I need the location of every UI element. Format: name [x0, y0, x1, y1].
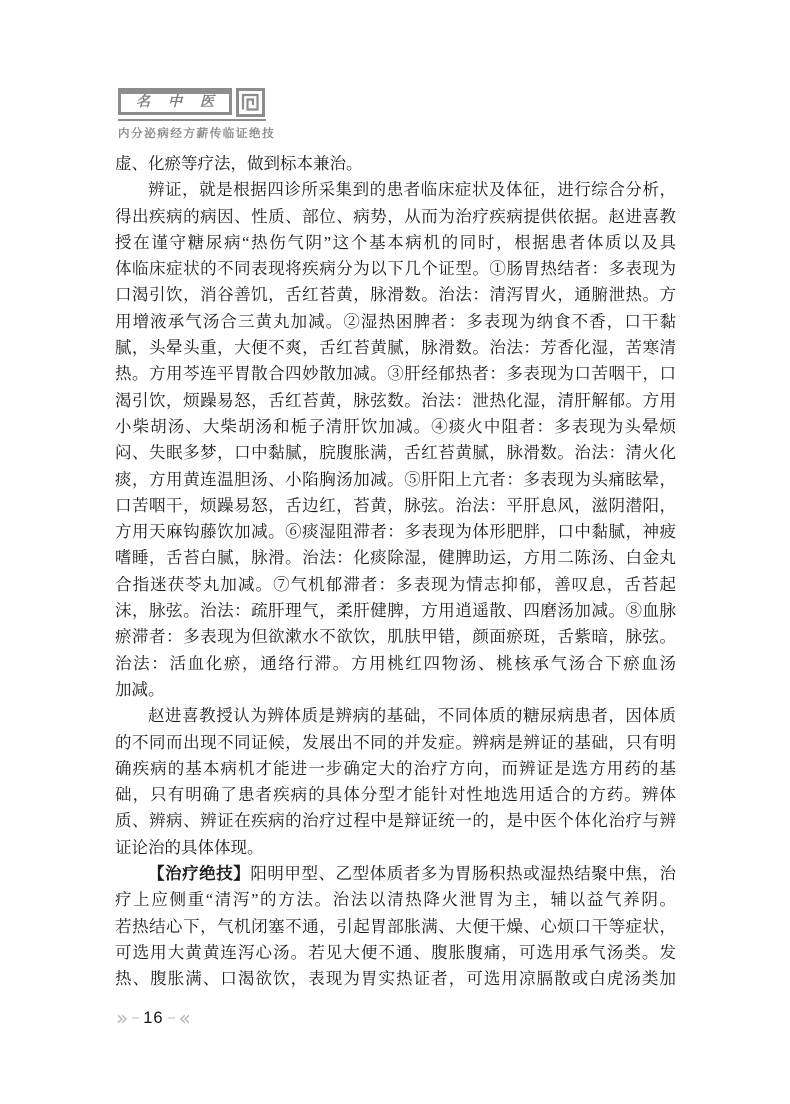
book-page: 名中医 内分泌病经方薪传临证绝技 虚、化瘀等疗法，做到标本兼治。辨证，就是根据四… — [0, 0, 790, 1104]
text-line: 虚、化瘀等疗法，做到标本兼治。 — [115, 151, 676, 177]
left-fleuron-icon: » — [116, 1008, 128, 1028]
text-line: 确疾病的基本病机才能进一步确定大的治疗方向，而辨证是选方用药的基 — [115, 756, 676, 782]
text-line: 合指迷茯苓丸加减。⑦气机郁滞者：多表现为情志抑郁，善叹息，舌苔起 — [115, 572, 676, 598]
text-line: 可选用大黄黄连泻心汤。若见大便不通、腹胀腹痛，可选用承气汤类。发 — [115, 940, 676, 966]
header-logo: 名中医 内分泌病经方薪传临证绝技 — [118, 88, 275, 141]
text-line: 治法：活血化瘀，通络行滞。方用桃红四物汤、桃核承气汤合下瘀血汤 — [115, 651, 676, 677]
text-line: 嗜睡，舌苔白腻，脉滑。治法：化痰除湿，健脾助运，方用二陈汤、白金丸 — [115, 545, 676, 571]
text-line: 质、辨病、辨证在疾病的治疗过程中是辩证统一的，是中医个体化治疗与辨 — [115, 808, 676, 834]
page-number: 16 — [143, 1009, 163, 1028]
logo-divider — [118, 119, 266, 121]
text-line: 方用天麻钩藤饮加减。⑥痰湿阻滞者：多表现为体形肥胖，口中黏腻，神疲 — [115, 519, 676, 545]
right-fleuron-icon: « — [179, 1008, 191, 1028]
text-line: 加减。 — [115, 677, 676, 703]
logo-subtitle: 内分泌病经方薪传临证绝技 — [118, 125, 275, 141]
section-label: 【治疗绝技】 — [148, 864, 250, 883]
text-line: 疗上应侧重“清泻”的方法。治法以清热降火泄胃为主，辅以益气养阴。 — [115, 887, 676, 913]
text-line: 授在谨守糖尿病“热伤气阴”这个基本病机的同时，根据患者体质以及具 — [115, 230, 676, 256]
text-line: 础，只有明确了患者疾病的具体分型才能针对性地选用适合的方药。辨体 — [115, 782, 676, 808]
logo-frame: 名中医 — [118, 88, 232, 115]
text-line: 痰，方用黄连温胆汤、小陷胸汤加减。⑤肝阳上亢者：多表现为头痛眩晕， — [115, 467, 676, 493]
text-line: 瘀滞者：多表现为但欲漱水不欲饮，肌肤甲错，颜面瘀斑，舌紫暗，脉弦。 — [115, 624, 676, 650]
left-dash — [132, 1017, 139, 1019]
text-line: 用增液承气汤合三黄丸加减。②湿热困脾者：多表现为纳食不香，口干黏 — [115, 309, 676, 335]
body-text: 虚、化瘀等疗法，做到标本兼治。辨证，就是根据四诊所采集到的患者临床症状及体征，进… — [115, 151, 676, 993]
text-line: 辨证，就是根据四诊所采集到的患者临床症状及体征，进行综合分析， — [115, 177, 676, 203]
text-line: 口渴引饮，消谷善饥，舌红苔黄，脉滑数。治法：清泻胃火，通腑泄热。方 — [115, 282, 676, 308]
text-line: 的不同而出现不同证候，发展出不同的并发症。辨病是辨证的基础，只有明 — [115, 730, 676, 756]
text-line: 体临床症状的不同表现将疾病分为以下几个证型。①肠胃热结者：多表现为 — [115, 256, 676, 282]
text-line: 口苦咽干，烦躁易怒，舌边红，苔黄，脉弦。治法：平肝息风，滋阴潜阳， — [115, 493, 676, 519]
text-line: 腻，头晕头重，大便不爽，舌红苔黄腻，脉滑数。治法：芳香化湿，苦寒清 — [115, 335, 676, 361]
right-dash — [168, 1017, 175, 1019]
text-line: 证论治的具体体现。 — [115, 835, 676, 861]
greek-key-spiral-icon — [236, 88, 265, 117]
text-line: 若热结心下，气机闭塞不通，引起胃部胀满、大便干燥、心烦口干等症状， — [115, 914, 676, 940]
text-line: 得出疾病的病因、性质、部位、病势，从而为治疗疾病提供依据。赵进喜教 — [115, 204, 676, 230]
footer: » 16 « — [116, 1008, 191, 1028]
logo-title: 名中医 — [118, 96, 232, 110]
text-line: 沫，脉弦。治法：疏肝理气，柔肝健脾，方用逍遥散、四磨汤加减。⑧血脉 — [115, 598, 676, 624]
text-line: 赵进喜教授认为辨体质是辨病的基础，不同体质的糖尿病患者，因体质 — [115, 703, 676, 729]
text-line: 热。方用芩连平胃散合四妙散加减。③肝经郁热者：多表现为口苦咽干，口 — [115, 361, 676, 387]
text-line: 闷、失眠多梦，口中黏腻，脘腹胀满，舌红苔黄腻，脉滑数。治法：清火化 — [115, 440, 676, 466]
text-line: 小柴胡汤、大柴胡汤和栀子清肝饮加减。④痰火中阻者：多表现为头晕烦 — [115, 414, 676, 440]
text-line: 渴引饮，烦躁易怒，舌红苔黄，脉弦数。治法：泄热化湿，清肝解郁。方用 — [115, 388, 676, 414]
text-line: 热、腹胀满、口渴欲饮，表现为胃实热证者，可选用凉膈散或白虎汤类加 — [115, 966, 676, 992]
text-line: 【治疗绝技】阳明甲型、乙型体质者多为胃肠积热或湿热结聚中焦，治 — [115, 861, 676, 887]
